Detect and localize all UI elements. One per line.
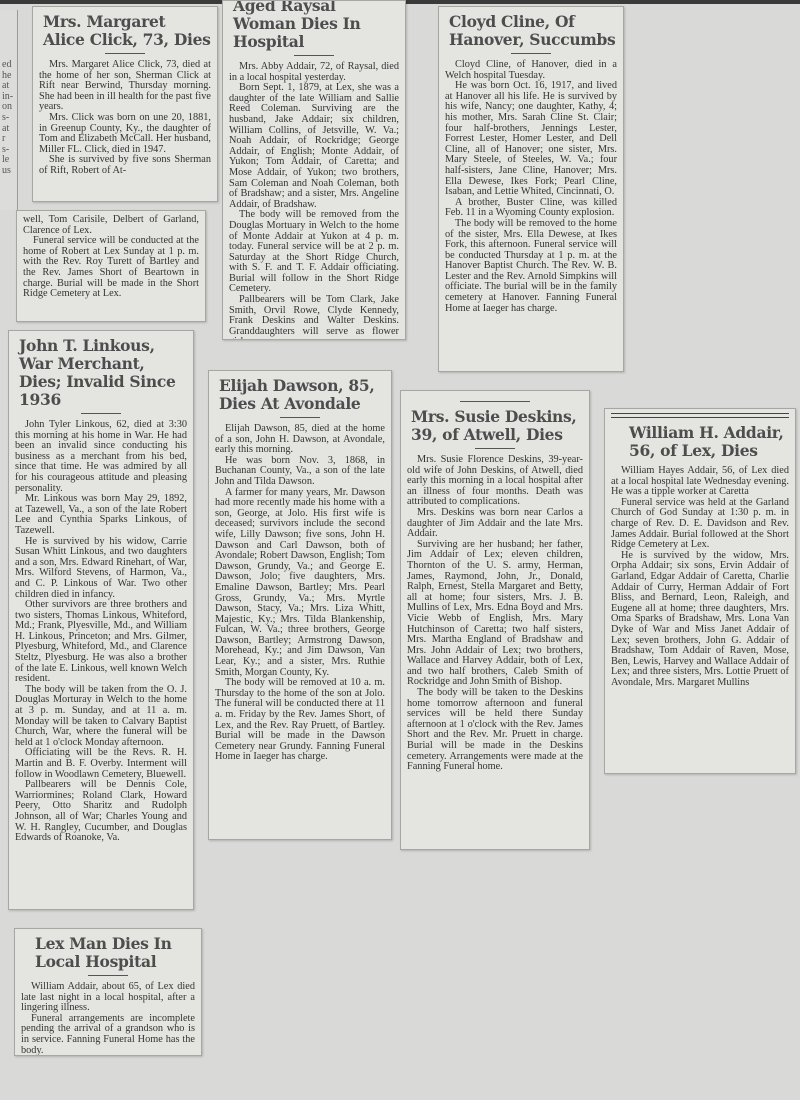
- headline: Mrs. Susie Deskins, 39, of Atwell, Dies: [411, 408, 583, 444]
- clipping-lex-man: Lex Man Dies In Local Hospital William A…: [14, 928, 202, 1056]
- paragraph: Mrs. Abby Addair, 72, of Raysal, died in…: [229, 62, 399, 83]
- headline: Elijah Dawson, 85, Dies At Avondale: [219, 377, 385, 413]
- clipping-cloyd-cline: Cloyd Cline, Of Hanover, Succumbs Cloyd …: [438, 6, 624, 372]
- paragraph: The body will be removed to the home of …: [445, 219, 617, 314]
- paragraph: He was born Oct. 16, 1917, and lived at …: [445, 81, 617, 198]
- headline-rule: [280, 417, 320, 418]
- headline: John T. Linkous, War Merchant, Dies; Inv…: [19, 337, 187, 409]
- article-body: Cloyd Cline, of Hanover, died in a Welch…: [445, 60, 617, 314]
- paragraph: William Addair, about 65, of Lex died la…: [21, 982, 195, 1014]
- paragraph: John Tyler Linkous, 62, died at 3:30 thi…: [15, 420, 187, 494]
- headline: Mrs. Margaret Alice Click, 73, Dies: [43, 13, 211, 49]
- paragraph: Funeral service will be conducted at the…: [23, 236, 199, 300]
- paragraph: William Hayes Addair, 56, of Lex died at…: [611, 466, 789, 498]
- headline: Lex Man Dies In Local Hospital: [35, 935, 195, 971]
- paragraph: Mrs. Margaret Alice Click, 73, died at t…: [39, 60, 211, 113]
- article-body: Mrs. Abby Addair, 72, of Raysal, died in…: [229, 62, 399, 340]
- headline-rule: [105, 53, 145, 54]
- clipping-click-continued: well, Tom Carisile, Delbert of Garland, …: [16, 210, 206, 322]
- paragraph: A brother, Buster Cline, was killed Feb.…: [445, 198, 617, 219]
- top-rule: [460, 401, 530, 402]
- headline: Cloyd Cline, Of Hanover, Succumbs: [449, 13, 617, 49]
- paragraph: Mrs. Deskins was born near Carlos a daug…: [407, 508, 583, 540]
- paragraph: He was born Nov. 3, 1868, in Buchanan Co…: [215, 456, 385, 488]
- paragraph: Officiating will be the Revs. R. H. Mart…: [15, 748, 187, 780]
- paragraph: Mrs. Click was born on une 20, 1881, in …: [39, 113, 211, 155]
- clipping-john-linkous: John T. Linkous, War Merchant, Dies; Inv…: [8, 330, 194, 910]
- article-body: Mrs. Susie Florence Deskins, 39-year-old…: [407, 455, 583, 773]
- article-body: William Addair, about 65, of Lex died la…: [21, 982, 195, 1056]
- clipping-elijah-dawson: Elijah Dawson, 85, Dies At Avondale Elij…: [208, 370, 392, 840]
- paragraph: The body will be removed at 10 a. m. Thu…: [215, 678, 385, 763]
- paragraph: Other survivors are three brothers and t…: [15, 600, 187, 685]
- paragraph: The body will be taken to the Deskins ho…: [407, 688, 583, 773]
- article-body: John Tyler Linkous, 62, died at 3:30 thi…: [15, 420, 187, 844]
- paragraph: Funeral service was held at the Garland …: [611, 498, 789, 551]
- paragraph: A farmer for many years, Mr. Dawson had …: [215, 488, 385, 679]
- paragraph: Elijah Dawson, 85, died at the home of a…: [215, 424, 385, 456]
- article-body: William Hayes Addair, 56, of Lex died at…: [611, 466, 789, 688]
- paragraph: He is survived by the widow, Mrs. Orpha …: [611, 551, 789, 689]
- paragraph: Mr. Linkous was born May 29, 1892, at Ta…: [15, 494, 187, 536]
- headline-rule: [511, 53, 551, 54]
- headline-rule: [88, 975, 128, 976]
- paragraph: Surviving are her husband; her father, J…: [407, 540, 583, 688]
- paragraph: well, Tom Carisile, Delbert of Garland, …: [23, 215, 199, 236]
- headline: Aged Raysal Woman Dies In Hospital: [233, 0, 399, 51]
- article-body: Mrs. Margaret Alice Click, 73, died at t…: [39, 60, 211, 177]
- paragraph: Mrs. Susie Florence Deskins, 39-year-old…: [407, 455, 583, 508]
- paragraph: She is survived by five sons Sherman of …: [39, 155, 211, 176]
- headline-rule: [475, 448, 515, 449]
- margin-fragment: s-: [2, 113, 15, 124]
- margin-fragment: us: [2, 166, 15, 177]
- article-body: well, Tom Carisile, Delbert of Garland, …: [23, 215, 199, 300]
- margin-fragment-strip: ed he at in- on s- at r s- le us: [0, 10, 18, 210]
- top-double-rule: [611, 413, 789, 418]
- clipping-abby-addair: Aged Raysal Woman Dies In Hospital Mrs. …: [222, 0, 406, 340]
- paragraph: Cloyd Cline, of Hanover, died in a Welch…: [445, 60, 617, 81]
- article-body: Elijah Dawson, 85, died at the home of a…: [215, 424, 385, 763]
- headline: William H. Addair, 56, of Lex, Dies: [629, 424, 789, 460]
- headline-rule: [81, 413, 121, 414]
- paragraph: Born Sept. 1, 1879, at Lex, she was a da…: [229, 83, 399, 210]
- paragraph: He is survived by his widow, Carrie Susa…: [15, 537, 187, 601]
- paragraph: The body will be removed from the Dougla…: [229, 210, 399, 295]
- clipping-susie-deskins: Mrs. Susie Deskins, 39, of Atwell, Dies …: [400, 390, 590, 850]
- margin-fragment: ed: [2, 60, 15, 71]
- clipping-click: Mrs. Margaret Alice Click, 73, Dies Mrs.…: [32, 6, 218, 202]
- paragraph: Pallbearers will be Tom Clark, Jake Smit…: [229, 295, 399, 340]
- paragraph: Funeral arrangements are incomplete pend…: [21, 1014, 195, 1056]
- paragraph: Pallbearers will be Dennis Cole, Warrior…: [15, 780, 187, 844]
- headline-rule: [294, 55, 334, 56]
- clipping-william-h-addair: William H. Addair, 56, of Lex, Dies Will…: [604, 408, 796, 774]
- paragraph: The body will be taken from the O. J. Do…: [15, 685, 187, 749]
